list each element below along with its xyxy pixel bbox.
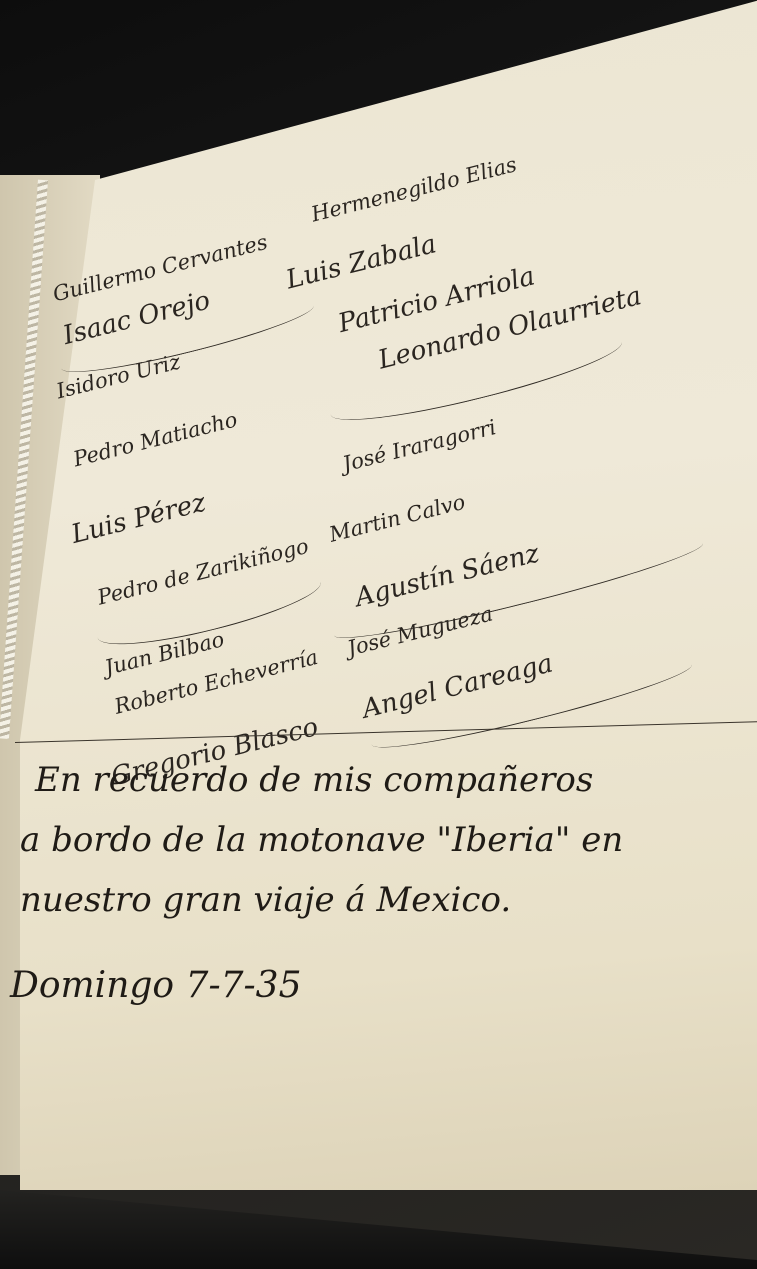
inscription-line: a bordo de la motonave "Iberia" en xyxy=(20,810,740,870)
dedication-inscription: En recuerdo de mis compañeros a bordo de… xyxy=(20,750,740,930)
signature: Luis Pérez xyxy=(68,488,208,550)
signature: Hermenegildo Elias xyxy=(309,152,519,226)
signature: Guillermo Cervantes xyxy=(50,230,269,307)
signature: Luis Zabala xyxy=(283,229,439,295)
signature: José Iraragorri xyxy=(340,415,498,476)
signature: Pedro Matiacho xyxy=(71,407,240,471)
date-line: Domingo 7-7-35 xyxy=(10,965,301,1006)
inscription-line: nuestro gran viaje á Mexico. xyxy=(20,870,740,930)
inscription-line: En recuerdo de mis compañeros xyxy=(20,750,740,810)
signature: Martin Calvo xyxy=(327,490,468,547)
